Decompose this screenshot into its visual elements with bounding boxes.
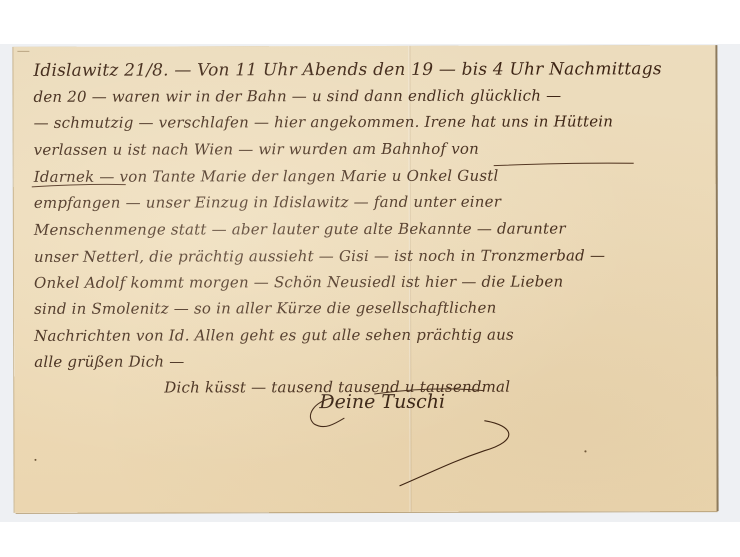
letter-line-1: Idislawitz 21/8. — Von 11 Uhr Abends den… — [33, 59, 661, 81]
letter-line-9: Onkel Adolf kommt morgen — Schön Neusied… — [34, 272, 563, 291]
signature: Deine Tuschi — [319, 391, 445, 413]
letter-line-12: alle grüßen Dich — — [34, 352, 184, 370]
letter-line-10: sind in Smolenitz — so in aller Kürze di… — [34, 299, 496, 318]
letter-line-3: — schmutzig — verschlafen — hier angekom… — [34, 112, 614, 132]
letter-line-11: Nachrichten von Id. Allen geht es gut al… — [34, 326, 514, 345]
letter-paper: Idislawitz 21/8. — Von 11 Uhr Abends den… — [13, 45, 716, 513]
letter-line-2: den 20 — waren wir in der Bahn — u sind … — [33, 86, 561, 105]
letter-line-7: Menschenmenge statt — aber lauter gute a… — [34, 219, 566, 238]
letter-line-5: Idarnek — von Tante Marie der langen Mar… — [34, 167, 499, 186]
paper-speck — [34, 459, 36, 461]
letter-line-6: empfangen — unser Einzug in Idislawitz —… — [34, 193, 501, 212]
letter-line-8: unser Netterl, die prächtig aussieht — G… — [34, 246, 605, 265]
paper-speck — [584, 450, 586, 452]
letter-line-4: verlassen u ist nach Wien — wir wurden a… — [34, 140, 479, 159]
corner-mark — [17, 51, 29, 52]
